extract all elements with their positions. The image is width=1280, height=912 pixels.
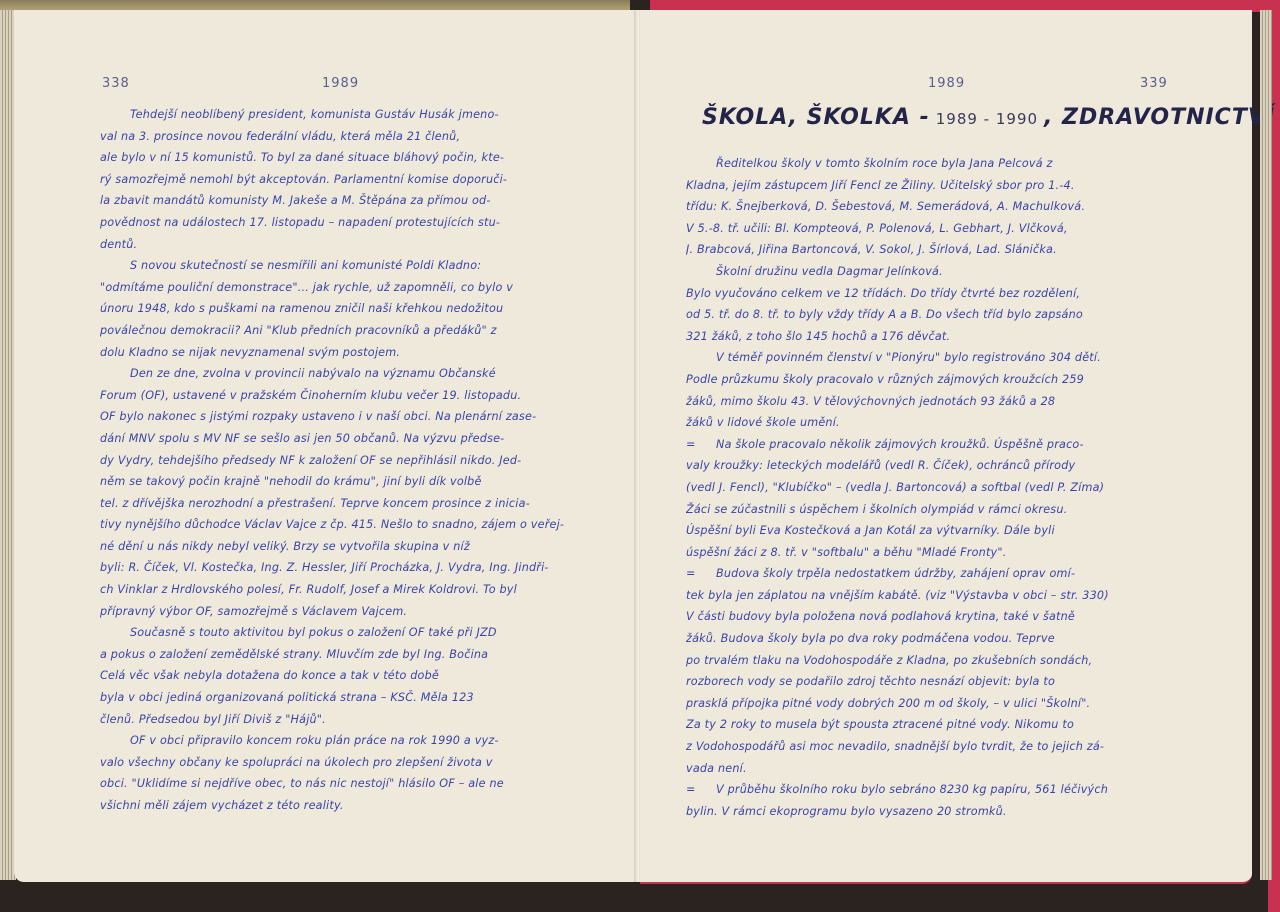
text-line: žáků v lidové škole umění.	[686, 412, 1186, 434]
text-line: členů. Předsedou byl Jiří Diviš z "Hájů"…	[100, 709, 600, 731]
line-text: V 5.-8. tř. učili: Bl. Kompteová, P. Pol…	[686, 222, 1068, 235]
text-line: ale bylo v ní 15 komunistů. To byl za da…	[100, 147, 600, 169]
line-text: la zbavit mandátů komunisty M. Jakeše a …	[100, 194, 491, 207]
line-text: Den ze dne, zvolna v provincii nabývalo …	[130, 367, 496, 380]
line-text: OF bylo nakonec s jistými rozpaky ustave…	[100, 410, 536, 423]
line-text: valy kroužky: leteckých modelářů (vedl R…	[686, 459, 1075, 472]
line-text: prasklá přípojka pitné vody dobrých 200 …	[686, 697, 1090, 710]
line-text: žáků. Budova školy byla po dva roky podm…	[686, 632, 1055, 645]
line-text: Podle průzkumu školy pracovalo v různých…	[686, 373, 1084, 386]
line-text: ch Vinklar z Hrdlovského polesí, Fr. Rud…	[100, 583, 517, 596]
line-text: rý samozřejmě nemohl být akceptován. Par…	[100, 173, 507, 186]
list-marker: =	[686, 563, 716, 585]
text-line: Podle průzkumu školy pracovalo v různých…	[686, 369, 1186, 391]
text-line: třídu: K. Šnejberková, D. Šebestová, M. …	[686, 196, 1186, 218]
line-text: úspěšní žáci z 8. tř. v "softbalu" a běh…	[686, 546, 1006, 559]
handwritten-text: Tehdejší neoblíbený president, komunista…	[100, 104, 600, 817]
line-text: "odmítáme pouliční demonstrace"... jak r…	[100, 281, 513, 294]
text-line: S novou skutečností se nesmířili ani kom…	[100, 255, 600, 277]
text-line: prasklá přípojka pitné vody dobrých 200 …	[686, 693, 1186, 715]
line-text: 321 žáků, z toho šlo 145 hochů a 176 děv…	[686, 330, 950, 343]
line-text: Budova školy trpěla nedostatkem údržby, …	[716, 567, 1075, 580]
text-line: V téměř povinném členství v "Pionýru" by…	[686, 347, 1186, 369]
line-text: členů. Předsedou byl Jiří Diviš z "Hájů"…	[100, 713, 326, 726]
text-line: tel. z dřívějška nerozhodní a přestrašen…	[100, 493, 600, 515]
text-line: po trvalém tlaku na Vodohospodáře z Klad…	[686, 650, 1186, 672]
line-text: Tehdejší neoblíbený president, komunista…	[130, 108, 499, 121]
text-line: la zbavit mandátů komunisty M. Jakeše a …	[100, 190, 600, 212]
page-year: 1989	[928, 76, 965, 91]
text-line: od 5. tř. do 8. tř. to byly vždy třídy A…	[686, 304, 1186, 326]
line-text: OF v obci připravilo koncem roku plán pr…	[130, 734, 499, 747]
line-text: všichni měli zájem vycházet z této reali…	[100, 799, 344, 812]
text-line: OF bylo nakonec s jistými rozpaky ustave…	[100, 406, 600, 428]
text-line: bylin. V rámci ekoprogramu bylo vysazeno…	[686, 801, 1186, 823]
text-line: žáků. Budova školy byla po dva roky podm…	[686, 628, 1186, 650]
line-text: vada není.	[686, 762, 747, 775]
text-line: Za ty 2 roky to musela být spousta ztrac…	[686, 714, 1186, 736]
line-text: povědnost na událostech 17. listopadu – …	[100, 216, 500, 229]
text-line: poválečnou demokracii? Ani "Klub předníc…	[100, 320, 600, 342]
text-line: dentů.	[100, 234, 600, 256]
text-line: (vedl J. Fencl), "Klubíčko" – (vedla J. …	[686, 477, 1186, 499]
text-line: valo všechny občany ke spolupráci na úko…	[100, 752, 600, 774]
text-line: =V průběhu školního roku bylo sebráno 82…	[686, 779, 1186, 801]
heading-part1: ŠKOLA, ŠKOLKA -	[702, 105, 930, 130]
text-line: dání MNV spolu s MV NF se sešlo asi jen …	[100, 428, 600, 450]
text-line: Celá věc však nebyla dotažena do konce a…	[100, 665, 600, 687]
line-text: Celá věc však nebyla dotažena do konce a…	[100, 669, 439, 682]
text-line: Školní družinu vedla Dagmar Jelínková.	[686, 261, 1186, 283]
text-line: ch Vinklar z Hrdlovského polesí, Fr. Rud…	[100, 579, 600, 601]
text-line: úspěšní žáci z 8. tř. v "softbalu" a běh…	[686, 542, 1186, 564]
page-number: 339	[1140, 76, 1168, 91]
line-text: Forum (OF), ustavené v pražském Činohern…	[100, 389, 521, 402]
line-text: po trvalém tlaku na Vodohospodáře z Klad…	[686, 654, 1092, 667]
line-text: přípravný výbor OF, samozřejmě s Václave…	[100, 605, 407, 618]
text-line: Bylo vyučováno celkem ve 12 třídách. Do …	[686, 283, 1186, 305]
text-line: tivy nynějšího důchodce Václav Vajce z č…	[100, 514, 600, 536]
line-text: dání MNV spolu s MV NF se sešlo asi jen …	[100, 432, 504, 445]
text-line: Tehdejší neoblíbený president, komunista…	[100, 104, 600, 126]
line-text: byla v obci jediná organizovaná politick…	[100, 691, 474, 704]
text-line: né dění u nás nikdy nebyl veliký. Brzy s…	[100, 536, 600, 558]
text-line: OF v obci připravilo koncem roku plán pr…	[100, 730, 600, 752]
line-text: V téměř povinném členství v "Pionýru" by…	[716, 351, 1101, 364]
text-line: obci. "Uklidíme si nejdříve obec, to nás…	[100, 773, 600, 795]
line-text: něm se takový počin krajně "nehodil do k…	[100, 475, 482, 488]
line-text: tel. z dřívějška nerozhodní a přestrašen…	[100, 497, 530, 510]
text-line: =Budova školy trpěla nedostatkem údržby,…	[686, 563, 1186, 585]
text-line: Úspěšní byli Eva Kostečková a Jan Kotál …	[686, 520, 1186, 542]
line-text: a pokus o založení zemědělské strany. Ml…	[100, 648, 488, 661]
text-line: V 5.-8. tř. učili: Bl. Kompteová, P. Pol…	[686, 218, 1186, 240]
line-text: Žáci se zúčastnili s úspěchem i školních…	[686, 503, 1067, 516]
line-text: Ředitelkou školy v tomto školním roce by…	[716, 157, 1053, 170]
line-text: tivy nynějšího důchodce Václav Vajce z č…	[100, 518, 564, 531]
right-page: 1989 339 ŠKOLA, ŠKOLKA - 1989 - 1990 , Z…	[640, 10, 1252, 884]
line-text: rozborech vody se podařilo zdroj těchto …	[686, 675, 1055, 688]
text-line: Forum (OF), ustavené v pražském Činohern…	[100, 385, 600, 407]
text-line: Den ze dne, zvolna v provincii nabývalo …	[100, 363, 600, 385]
line-text: Úspěšní byli Eva Kostečková a Jan Kotál …	[686, 524, 1055, 537]
text-line: byla v obci jediná organizovaná politick…	[100, 687, 600, 709]
line-text: Na škole pracovalo několik zájmových kro…	[716, 438, 1084, 451]
list-marker: =	[686, 434, 716, 456]
line-text: poválečnou demokracii? Ani "Klub předníc…	[100, 324, 497, 337]
text-line: žáků, mimo školu 43. V tělovýchovných je…	[686, 391, 1186, 413]
text-line: rý samozřejmě nemohl být akceptován. Par…	[100, 169, 600, 191]
line-text: Za ty 2 roky to musela být spousta ztrac…	[686, 718, 1074, 731]
line-text: S novou skutečností se nesmířili ani kom…	[130, 259, 481, 272]
line-text: tek byla jen záplatou na vnějším kabátě.…	[686, 589, 1109, 602]
line-text: dentů.	[100, 238, 137, 251]
line-text: dy Vydry, tehdejšího předsedy NF k založ…	[100, 454, 521, 467]
text-line: byli: R. Číček, Vl. Kostečka, Ing. Z. He…	[100, 557, 600, 579]
line-text: žáků, mimo školu 43. V tělovýchovných je…	[686, 395, 1055, 408]
line-text: žáků v lidové škole umění.	[686, 416, 840, 429]
text-line: Žáci se zúčastnili s úspěchem i školních…	[686, 499, 1186, 521]
page-year: 1989	[322, 76, 359, 91]
page-stack-right	[1260, 10, 1272, 880]
line-text: (vedl J. Fencl), "Klubíčko" – (vedla J. …	[686, 481, 1104, 494]
line-text: únoru 1948, kdo s puškami na ramenou zni…	[100, 302, 503, 315]
text-line: rozborech vody se podařilo zdroj těchto …	[686, 671, 1186, 693]
line-text: V průběhu školního roku bylo sebráno 823…	[716, 783, 1108, 796]
heading-part2: , ZDRAVOTNICTVÍ	[1044, 105, 1275, 130]
text-line: J. Brabcová, Jiřina Bartoncová, V. Sokol…	[686, 239, 1186, 261]
line-text: val na 3. prosince novou federální vládu…	[100, 130, 460, 143]
handwritten-text: Ředitelkou školy v tomto školním roce by…	[686, 153, 1186, 822]
text-line: přípravný výbor OF, samozřejmě s Václave…	[100, 601, 600, 623]
text-line: únoru 1948, kdo s puškami na ramenou zni…	[100, 298, 600, 320]
line-text: né dění u nás nikdy nebyl veliký. Brzy s…	[100, 540, 470, 553]
page-number: 338	[102, 76, 130, 91]
line-text: Současně s touto aktivitou byl pokus o z…	[130, 626, 497, 639]
line-text: V části budovy byla položena nová podlah…	[686, 610, 1075, 623]
line-text: bylin. V rámci ekoprogramu bylo vysazeno…	[686, 805, 1007, 818]
line-text: dolu Kladno se nijak nevyznamenal svým p…	[100, 346, 400, 359]
text-line: 321 žáků, z toho šlo 145 hochů a 176 děv…	[686, 326, 1186, 348]
text-line: V části budovy byla položena nová podlah…	[686, 606, 1186, 628]
line-text: Kladna, jejím zástupcem Jiří Fencl ze Ži…	[686, 179, 1075, 192]
list-marker: =	[686, 779, 716, 801]
text-line: val na 3. prosince novou federální vládu…	[100, 126, 600, 148]
text-line: povědnost na událostech 17. listopadu – …	[100, 212, 600, 234]
line-text: z Vodohospodářů asi moc nevadilo, snadně…	[686, 740, 1104, 753]
line-text: byli: R. Číček, Vl. Kostečka, Ing. Z. He…	[100, 561, 549, 574]
line-text: Školní družinu vedla Dagmar Jelínková.	[716, 265, 943, 278]
heading-years: 1989 - 1990	[936, 110, 1038, 128]
text-line: všichni měli zájem vycházet z této reali…	[100, 795, 600, 817]
text-line: z Vodohospodářů asi moc nevadilo, snadně…	[686, 736, 1186, 758]
text-line: dy Vydry, tehdejšího předsedy NF k založ…	[100, 450, 600, 472]
text-line: Kladna, jejím zástupcem Jiří Fencl ze Ži…	[686, 175, 1186, 197]
text-line: "odmítáme pouliční demonstrace"... jak r…	[100, 277, 600, 299]
line-text: valo všechny občany ke spolupráci na úko…	[100, 756, 493, 769]
text-line: Ředitelkou školy v tomto školním roce by…	[686, 153, 1186, 175]
text-line: tek byla jen záplatou na vnějším kabátě.…	[686, 585, 1186, 607]
line-text: třídu: K. Šnejberková, D. Šebestová, M. …	[686, 200, 1085, 213]
text-line: vada není.	[686, 758, 1186, 780]
left-page: 338 1989 Tehdejší neoblíbený president, …	[14, 10, 636, 882]
section-heading: ŠKOLA, ŠKOLKA - 1989 - 1990 , ZDRAVOTNIC…	[690, 102, 1250, 130]
text-line: dolu Kladno se nijak nevyznamenal svým p…	[100, 342, 600, 364]
line-text: Bylo vyučováno celkem ve 12 třídách. Do …	[686, 287, 1080, 300]
text-line: valy kroužky: leteckých modelářů (vedl R…	[686, 455, 1186, 477]
line-text: od 5. tř. do 8. tř. to byly vždy třídy A…	[686, 308, 1083, 321]
text-line: a pokus o založení zemědělské strany. Ml…	[100, 644, 600, 666]
line-text: J. Brabcová, Jiřina Bartoncová, V. Sokol…	[686, 243, 1057, 256]
text-line: Současně s touto aktivitou byl pokus o z…	[100, 622, 600, 644]
text-line: něm se takový počin krajně "nehodil do k…	[100, 471, 600, 493]
line-text: obci. "Uklidíme si nejdříve obec, to nás…	[100, 777, 504, 790]
line-text: ale bylo v ní 15 komunistů. To byl za da…	[100, 151, 504, 164]
text-line: =Na škole pracovalo několik zájmových kr…	[686, 434, 1186, 456]
